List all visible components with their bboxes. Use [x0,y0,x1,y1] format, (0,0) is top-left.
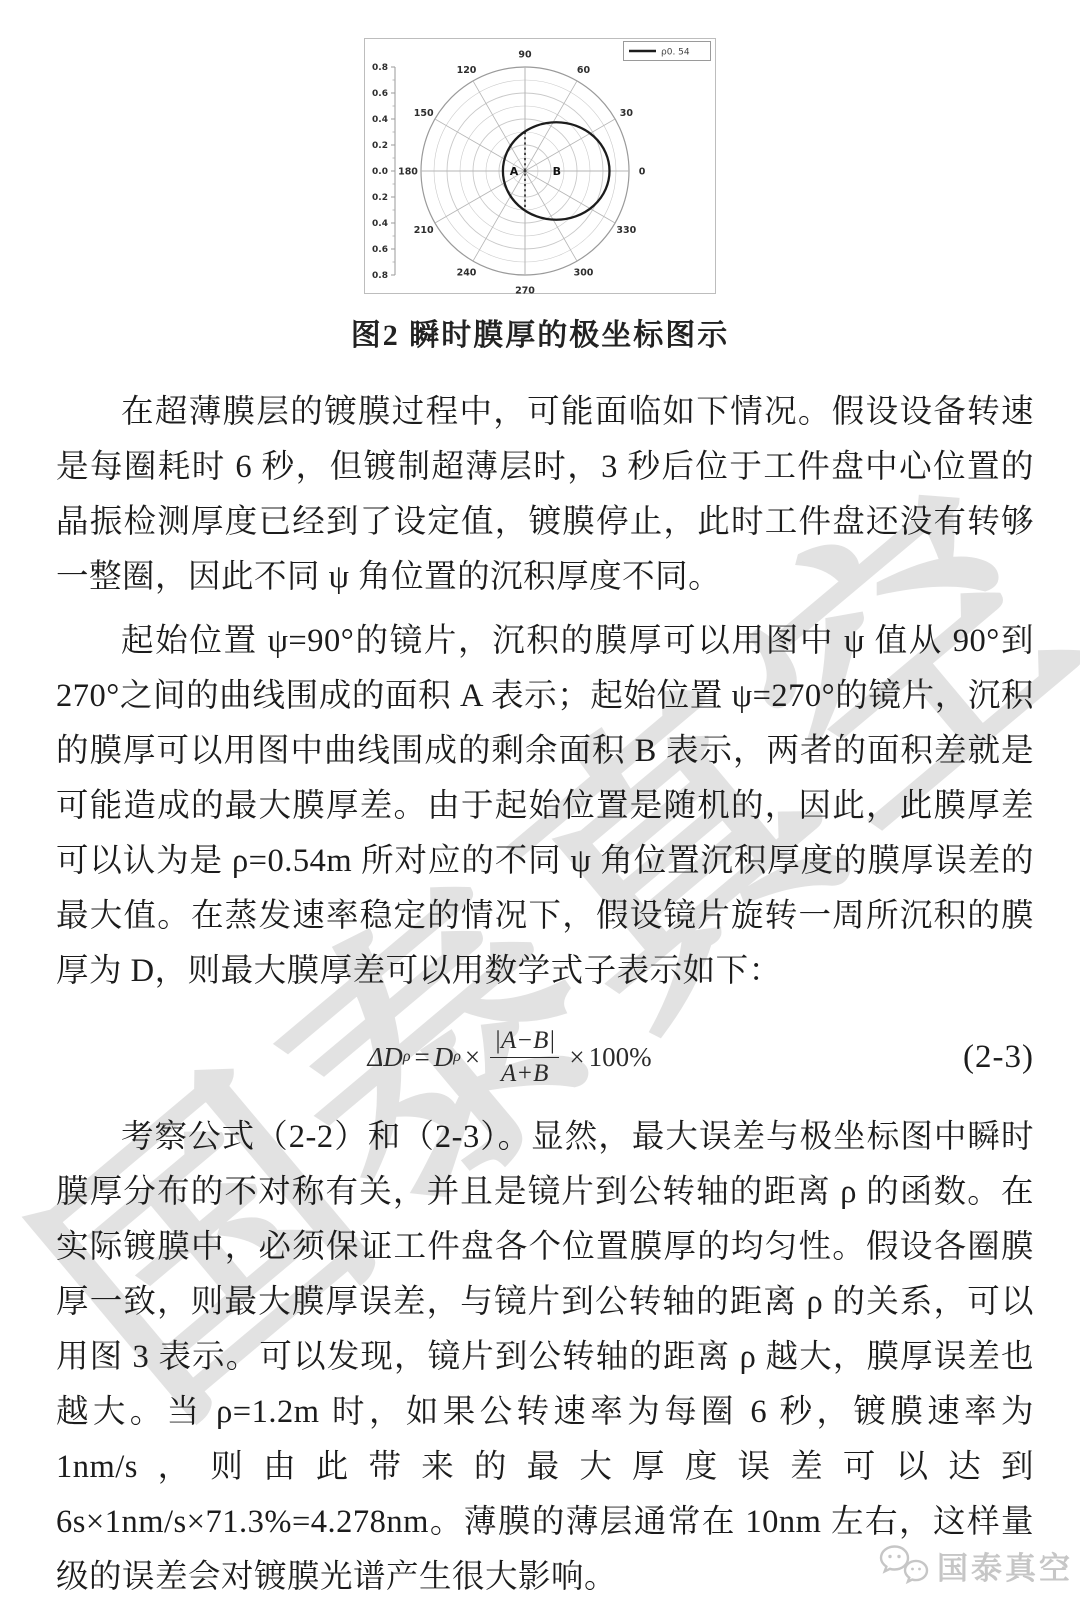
times-sign-2: × [569,1042,584,1073]
svg-text:0.6: 0.6 [372,245,388,255]
svg-text:B: B [553,165,561,178]
fraction-numerator: |A−B| [490,1027,559,1058]
svg-text:0.4: 0.4 [372,219,388,229]
svg-text:120: 120 [457,65,477,76]
figure-2: 0.80.60.40.20.00.20.40.60.80306090120150… [0,0,1080,296]
polar-chart: 0.80.60.40.20.00.20.40.60.80306090120150… [364,38,716,296]
footer-logo: 国泰真空 [878,1543,1073,1588]
svg-text:0.0: 0.0 [372,167,388,177]
svg-text:240: 240 [457,268,477,279]
paragraph-1: 在超薄膜层的镀膜过程中，可能面临如下情况。假设设备转速是每圈耗时 6 秒，但镀制… [56,385,1034,605]
fraction: |A−B| A+B [490,1027,559,1087]
svg-text:0.2: 0.2 [372,141,388,151]
equals-sign: = [415,1042,430,1073]
formula-lhs: ΔD [367,1042,402,1073]
svg-text:A: A [510,165,519,178]
figure-caption: 图2 瞬时膜厚的极坐标图示 [0,310,1080,354]
equation-2-3: ΔDρ = Dρ × |A−B| A+B × 100% [56,1027,963,1087]
svg-text:180: 180 [398,166,418,177]
svg-text:0.2: 0.2 [372,193,388,203]
fraction-denominator: A+B [501,1058,548,1088]
body-text: 在超薄膜层的镀膜过程中，可能面临如下情况。假设设备转速是每圈耗时 6 秒，但镀制… [0,354,1080,999]
percent-term: 100% [589,1042,652,1073]
svg-text:90: 90 [518,49,532,60]
wechat-icon [878,1544,930,1588]
paragraph-3: 考察公式（2-2）和（2-3）。显然，最大误差与极坐标图中瞬时膜厚分布的不对称有… [56,1110,1034,1601]
svg-text:0: 0 [639,166,646,177]
svg-text:60: 60 [577,65,591,76]
svg-text:210: 210 [414,225,434,236]
document-page: 国泰真空 0.80.60.40.20.00.20.40.60.803060901… [0,0,1080,1601]
footer-logo-text: 国泰真空 [937,1543,1073,1588]
times-sign-1: × [465,1042,480,1073]
svg-text:270: 270 [515,285,535,296]
equation-2-3-row: ΔDρ = Dρ × |A−B| A+B × 100% (2-3) [56,1013,1034,1101]
paragraph-2: 起始位置 ψ=90°的镜片，沉积的膜厚可以用图中 ψ 值从 90°到 270°之… [56,614,1034,999]
svg-text:150: 150 [414,108,434,119]
svg-text:0.4: 0.4 [372,115,388,125]
body-text-2: 考察公式（2-2）和（2-3）。显然，最大误差与极坐标图中瞬时膜厚分布的不对称有… [0,1110,1080,1601]
svg-text:0.8: 0.8 [372,271,388,281]
equation-number: (2-3) [963,1039,1034,1076]
svg-text:0.6: 0.6 [372,89,388,99]
svg-text:300: 300 [574,268,594,279]
formula-rhs-d: D [434,1042,454,1073]
svg-text:0.8: 0.8 [372,63,388,73]
svg-text:ρ0. 54: ρ0. 54 [661,48,690,58]
svg-text:330: 330 [616,225,636,236]
svg-text:30: 30 [620,108,634,119]
